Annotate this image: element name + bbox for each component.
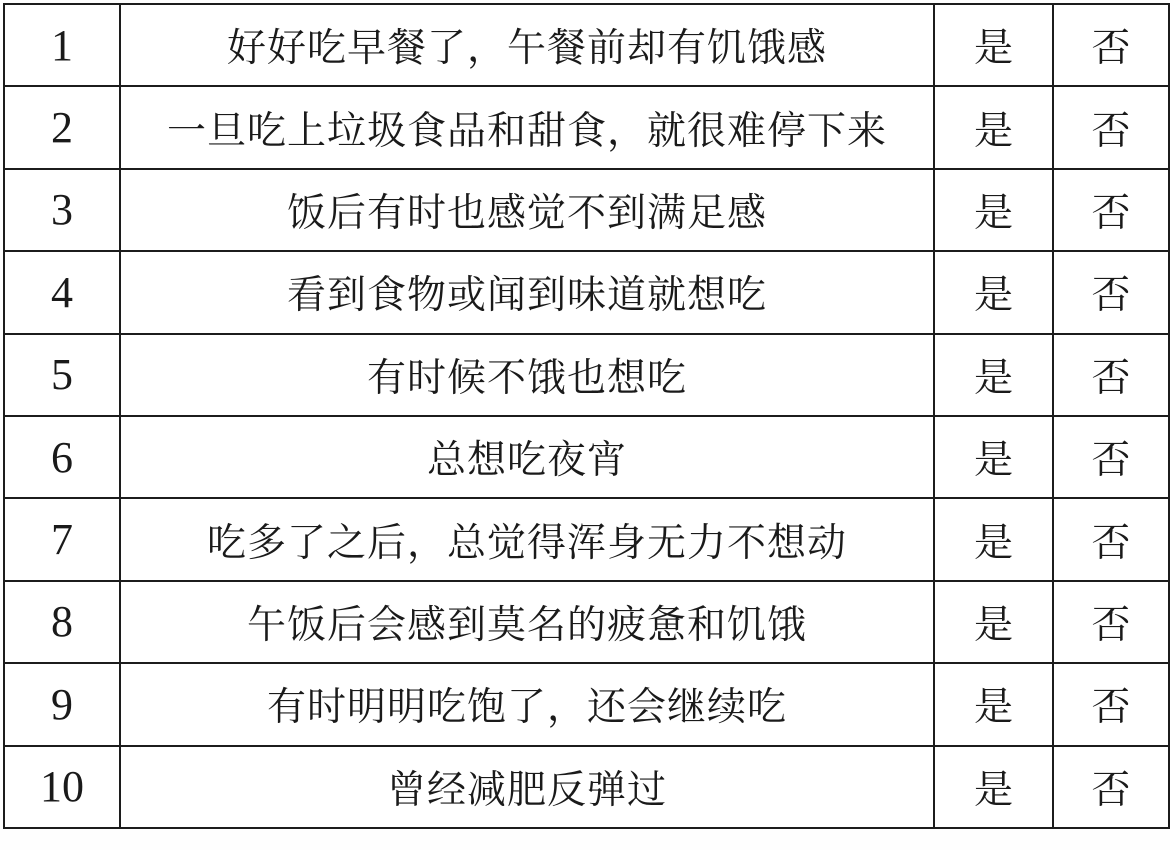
row-number: 6 (4, 416, 120, 498)
table-row: 4 看到食物或闻到味道就想吃 是 否 (4, 251, 1169, 333)
no-option[interactable]: 否 (1053, 663, 1169, 745)
yes-option[interactable]: 是 (934, 581, 1053, 663)
questionnaire-table: 1 好好吃早餐了，午餐前却有饥饿感 是 否 2 一旦吃上垃圾食品和甜食，就很难停… (3, 3, 1170, 829)
questionnaire-page: 1 好好吃早餐了，午餐前却有饥饿感 是 否 2 一旦吃上垃圾食品和甜食，就很难停… (0, 0, 1170, 850)
table-row: 6 总想吃夜宵 是 否 (4, 416, 1169, 498)
yes-option[interactable]: 是 (934, 746, 1053, 828)
row-number: 2 (4, 86, 120, 168)
question-text: 吃多了之后，总觉得浑身无力不想动 (120, 498, 934, 580)
row-number: 5 (4, 334, 120, 416)
question-text: 看到食物或闻到味道就想吃 (120, 251, 934, 333)
table-row: 2 一旦吃上垃圾食品和甜食，就很难停下来 是 否 (4, 86, 1169, 168)
question-text: 有时候不饿也想吃 (120, 334, 934, 416)
question-text: 曾经减肥反弹过 (120, 746, 934, 828)
row-number: 10 (4, 746, 120, 828)
table-row: 5 有时候不饿也想吃 是 否 (4, 334, 1169, 416)
yes-option[interactable]: 是 (934, 416, 1053, 498)
table-row: 1 好好吃早餐了，午餐前却有饥饿感 是 否 (4, 4, 1169, 86)
no-option[interactable]: 否 (1053, 86, 1169, 168)
row-number: 4 (4, 251, 120, 333)
question-text: 总想吃夜宵 (120, 416, 934, 498)
no-option[interactable]: 否 (1053, 251, 1169, 333)
no-option[interactable]: 否 (1053, 334, 1169, 416)
question-text: 一旦吃上垃圾食品和甜食，就很难停下来 (120, 86, 934, 168)
table-row: 7 吃多了之后，总觉得浑身无力不想动 是 否 (4, 498, 1169, 580)
no-option[interactable]: 否 (1053, 746, 1169, 828)
row-number: 1 (4, 4, 120, 86)
no-option[interactable]: 否 (1053, 581, 1169, 663)
question-text: 午饭后会感到莫名的疲惫和饥饿 (120, 581, 934, 663)
yes-option[interactable]: 是 (934, 498, 1053, 580)
table-body: 1 好好吃早餐了，午餐前却有饥饿感 是 否 2 一旦吃上垃圾食品和甜食，就很难停… (4, 4, 1169, 828)
yes-option[interactable]: 是 (934, 86, 1053, 168)
yes-option[interactable]: 是 (934, 334, 1053, 416)
no-option[interactable]: 否 (1053, 416, 1169, 498)
yes-option[interactable]: 是 (934, 251, 1053, 333)
table-row: 9 有时明明吃饱了，还会继续吃 是 否 (4, 663, 1169, 745)
yes-option[interactable]: 是 (934, 663, 1053, 745)
no-option[interactable]: 否 (1053, 169, 1169, 251)
question-text: 饭后有时也感觉不到满足感 (120, 169, 934, 251)
no-option[interactable]: 否 (1053, 4, 1169, 86)
yes-option[interactable]: 是 (934, 4, 1053, 86)
table-row: 8 午饭后会感到莫名的疲惫和饥饿 是 否 (4, 581, 1169, 663)
row-number: 7 (4, 498, 120, 580)
row-number: 8 (4, 581, 120, 663)
row-number: 9 (4, 663, 120, 745)
table-row: 3 饭后有时也感觉不到满足感 是 否 (4, 169, 1169, 251)
yes-option[interactable]: 是 (934, 169, 1053, 251)
question-text: 好好吃早餐了，午餐前却有饥饿感 (120, 4, 934, 86)
table-row: 10 曾经减肥反弹过 是 否 (4, 746, 1169, 828)
no-option[interactable]: 否 (1053, 498, 1169, 580)
row-number: 3 (4, 169, 120, 251)
question-text: 有时明明吃饱了，还会继续吃 (120, 663, 934, 745)
